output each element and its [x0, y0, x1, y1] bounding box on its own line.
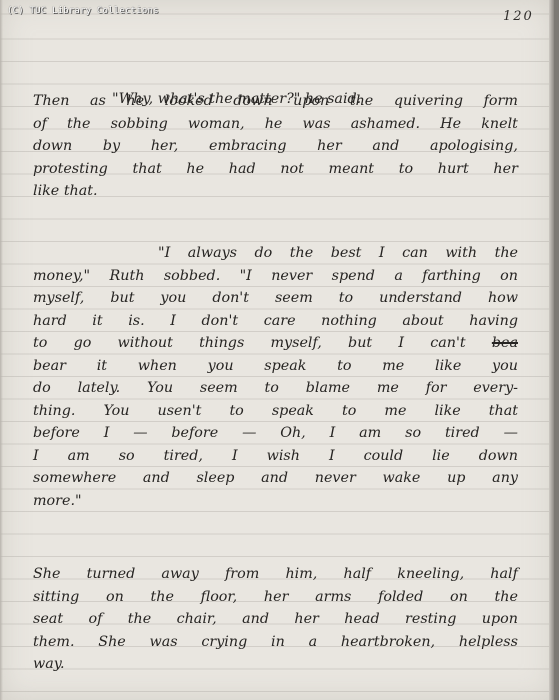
handwritten-word: to [399, 158, 413, 181]
handwritten-word: do [255, 242, 273, 265]
handwritten-word: lie [432, 445, 450, 468]
handwritten-word: never [315, 467, 356, 490]
handwritten-word: sitting [33, 586, 79, 609]
handwritten-word: wish [267, 445, 300, 468]
handwritten-word: her [264, 586, 289, 609]
manuscript-line: downbyher,embracingherandapologising, [33, 135, 518, 158]
handwritten-word: meant [329, 158, 375, 181]
handwritten-word: sobbed. [164, 265, 220, 288]
handwritten-word: farthing [422, 265, 481, 288]
handwritten-word: do [33, 377, 51, 400]
handwritten-word: He [440, 113, 461, 136]
handwritten-word: sleep [196, 467, 234, 490]
handwritten-word: he [126, 90, 144, 113]
handwritten-word: when [138, 355, 177, 378]
handwritten-word: her [317, 135, 342, 158]
manuscript-line: way. [33, 653, 518, 676]
handwritten-word: the [495, 586, 518, 609]
handwritten-word: like [434, 400, 460, 423]
handwritten-word: to [339, 287, 353, 310]
handwritten-word: was [303, 113, 331, 136]
handwritten-word: upon [482, 608, 518, 631]
handwritten-word: speak [272, 400, 314, 423]
handwritten-word: and [261, 467, 288, 490]
handwritten-word: sobbing [111, 113, 168, 136]
handwritten-word: care [264, 310, 296, 333]
handwritten-word: half [344, 563, 372, 586]
handwritten-word: things [199, 332, 244, 355]
handwritten-word: he [265, 113, 283, 136]
handwritten-word: I [170, 310, 176, 333]
handwritten-word: could [364, 445, 404, 468]
manuscript-line: "IalwaysdothebestIcanwiththe [33, 242, 518, 265]
manuscript-line: myself,butyoudon'tseemtounderstandhow [33, 287, 518, 310]
handwritten-word: how [488, 287, 518, 310]
handwritten-word: helpless [459, 631, 518, 654]
handwritten-word: it [92, 310, 102, 333]
handwritten-word: like [435, 355, 461, 378]
handwritten-word: as [90, 90, 106, 113]
handwritten-word: head [344, 608, 379, 631]
page-number: 120 [503, 9, 534, 24]
handwritten-word: and [372, 135, 399, 158]
manuscript-line: seatofthechair,andherheadrestingupon [33, 608, 518, 631]
handwritten-word: it [97, 355, 107, 378]
handwritten-word: kneeling, [397, 563, 464, 586]
handwritten-word: heartbroken, [341, 631, 435, 654]
handwritten-word: up [447, 467, 465, 490]
handwritten-word: he [186, 158, 204, 181]
handwritten-word: nothing [321, 310, 377, 333]
handwritten-word: so [119, 445, 135, 468]
handwritten-word: and [143, 467, 170, 490]
manuscript-line: Iamsotired,IwishIcouldliedown [33, 445, 518, 468]
manuscript-line: bearitwhenyouspeaktomelikeyou [33, 355, 518, 378]
handwritten-word: seem [200, 377, 238, 400]
handwritten-word: arms [315, 586, 351, 609]
handwritten-word: can't [430, 332, 465, 355]
handwritten-word: am [359, 422, 381, 445]
handwritten-word: a [394, 265, 403, 288]
handwritten-word: quivering [394, 90, 463, 113]
paragraph-2: "IalwaysdothebestIcanwiththemoney,"Ruths… [33, 242, 518, 512]
handwritten-word: wake [383, 467, 421, 490]
handwritten-word: to [33, 332, 47, 355]
handwritten-word: upon [293, 90, 329, 113]
handwritten-word: on [450, 586, 468, 609]
manuscript-line: them.Shewascryinginaheartbroken,helpless [33, 631, 518, 654]
handwritten-word: had [229, 158, 256, 181]
handwritten-word: the [67, 113, 90, 136]
handwritten-word: seat [33, 608, 63, 631]
handwritten-word: — [504, 422, 518, 445]
handwritten-word: that [133, 158, 162, 181]
handwritten-word: and [242, 608, 269, 631]
handwritten-word: of [88, 608, 102, 631]
paragraph-1: Thenashelookeddownuponthequiveringformof… [33, 90, 518, 203]
handwritten-word: me [382, 355, 404, 378]
handwritten-word: Oh, [280, 422, 305, 445]
handwritten-word: understand [379, 287, 462, 310]
handwritten-word: without [118, 332, 173, 355]
handwritten-word: you [160, 287, 186, 310]
handwritten-word: bear [33, 355, 66, 378]
handwritten-word: folded [378, 586, 423, 609]
handwritten-word: somewhere [33, 467, 116, 490]
handwritten-word: usen't [158, 400, 202, 423]
manuscript-line: protestingthathehadnotmeanttohurther [33, 158, 518, 181]
handwritten-word: She [98, 631, 125, 654]
manuscript-line: ofthesobbingwoman,hewasashamed.Heknelt [33, 113, 518, 136]
handwritten-word: hard [33, 310, 67, 333]
handwritten-word: thing. [33, 400, 75, 423]
handwritten-word: I [379, 242, 385, 265]
handwritten-word: I [104, 422, 110, 445]
handwritten-word: the [350, 90, 373, 113]
page-right-edge [549, 0, 554, 700]
handwritten-word: to [337, 355, 351, 378]
manuscript-line: togowithoutthingsmyself,butIcan'tbea [33, 332, 518, 355]
handwritten-word: him, [285, 563, 317, 586]
handwritten-word: I [329, 445, 335, 468]
handwritten-word: down [233, 90, 272, 113]
handwritten-word: the [495, 242, 518, 265]
handwritten-word: to [229, 400, 243, 423]
handwritten-word: was [150, 631, 178, 654]
handwritten-word: ashamed. [351, 113, 420, 136]
handwritten-word: her [493, 158, 518, 181]
handwritten-word: chair, [177, 608, 217, 631]
handwritten-word: I [398, 332, 404, 355]
handwritten-word: about [402, 310, 443, 333]
handwritten-word: but [110, 287, 134, 310]
handwritten-word: tired, [164, 445, 203, 468]
manuscript-line: Thenashelookeddownuponthequiveringform [33, 90, 518, 113]
manuscript-line: Sheturnedawayfromhim,halfkneeling,half [33, 563, 518, 586]
manuscript-line: like that. [33, 180, 518, 203]
handwritten-word: I [33, 445, 39, 468]
handwritten-word: I [232, 445, 238, 468]
handwritten-word: turned [87, 563, 136, 586]
handwritten-word: "I [240, 265, 252, 288]
handwritten-word: every- [473, 377, 518, 400]
handwritten-word: you [492, 355, 518, 378]
handwritten-word: her [294, 608, 319, 631]
handwritten-word: floor, [201, 586, 238, 609]
handwritten-word: me [377, 377, 399, 400]
handwritten-word: the [128, 608, 151, 631]
page-left-edge [0, 0, 3, 700]
handwritten-word: with [445, 242, 477, 265]
handwritten-word: to [265, 377, 279, 400]
handwritten-word: apologising, [430, 135, 518, 158]
handwritten-word: You [147, 377, 173, 400]
handwritten-word: in [271, 631, 285, 654]
handwritten-word: protesting [33, 158, 108, 181]
handwritten-word: form [484, 90, 518, 113]
handwritten-word: not [280, 158, 304, 181]
manuscript-page: (C) TUC Library Collections 120 "Why, wh… [0, 0, 554, 700]
handwritten-word: her, [151, 135, 178, 158]
handwritten-word: on [106, 586, 124, 609]
handwritten-word: am [68, 445, 90, 468]
handwritten-word: but [348, 332, 372, 355]
handwritten-word: me [384, 400, 406, 423]
handwritten-word: away [161, 563, 198, 586]
handwritten-word: I [330, 422, 336, 445]
handwritten-word: money," [33, 265, 90, 288]
handwritten-word: before [171, 422, 218, 445]
handwritten-word: spend [332, 265, 375, 288]
handwritten-word: myself, [271, 332, 322, 355]
handwritten-word: the [151, 586, 174, 609]
handwritten-word: — [242, 422, 256, 445]
handwritten-word: down [33, 135, 72, 158]
handwritten-word: best [331, 242, 362, 265]
handwritten-word: you [208, 355, 234, 378]
handwritten-word: speak [264, 355, 306, 378]
handwritten-word: Then [33, 90, 69, 113]
handwritten-word: that [489, 400, 518, 423]
handwritten-word: seem [275, 287, 313, 310]
handwritten-word: the [290, 242, 313, 265]
handwritten-word: don't [201, 310, 238, 333]
manuscript-line: harditis.Idon'tcarenothingabouthaving [33, 310, 518, 333]
handwritten-word: any [492, 467, 518, 490]
handwritten-word: having [469, 310, 518, 333]
handwritten-word: woman, [188, 113, 245, 136]
handwritten-word: "I [158, 242, 170, 265]
paragraph-3: Sheturnedawayfromhim,halfkneeling,halfsi… [33, 563, 518, 676]
handwritten-word: crying [201, 631, 247, 654]
handwritten-word: from [225, 563, 259, 586]
handwritten-word: — [133, 422, 147, 445]
handwritten-word: can [402, 242, 428, 265]
handwritten-word: embracing [209, 135, 286, 158]
handwritten-word: hurt [438, 158, 469, 181]
handwritten-word: half [490, 563, 518, 586]
struck-out-word: bea [492, 332, 518, 355]
handwritten-word: before [33, 422, 80, 445]
handwritten-word: always [188, 242, 237, 265]
handwritten-word: them. [33, 631, 75, 654]
handwritten-word: by [103, 135, 120, 158]
manuscript-line: money,"Ruthsobbed."Ineverspendafarthingo… [33, 265, 518, 288]
manuscript-line: sittingonthefloor,herarmsfoldedonthe [33, 586, 518, 609]
handwritten-word: is. [128, 310, 144, 333]
handwritten-word: tired [445, 422, 480, 445]
manuscript-line: beforeI—before—Oh,Iamsotired— [33, 422, 518, 445]
handwritten-word: You [103, 400, 129, 423]
handwritten-word: knelt [481, 113, 518, 136]
handwritten-word: to [342, 400, 356, 423]
handwritten-word: looked [165, 90, 213, 113]
handwritten-word: resting [405, 608, 456, 631]
handwritten-word: blame [306, 377, 350, 400]
handwritten-word: of [33, 113, 47, 136]
copyright-watermark: (C) TUC Library Collections [7, 6, 159, 16]
handwritten-word: don't [212, 287, 249, 310]
handwritten-word: down [479, 445, 518, 468]
handwritten-word: for [426, 377, 447, 400]
handwritten-word: so [405, 422, 421, 445]
handwritten-word: a [309, 631, 318, 654]
handwritten-word: never [271, 265, 312, 288]
handwritten-word: She [33, 563, 60, 586]
manuscript-line: thing.Youusen'ttospeaktomelikethat [33, 400, 518, 423]
manuscript-line: more." [33, 490, 518, 513]
handwritten-word: myself, [33, 287, 84, 310]
manuscript-line: somewhereandsleepandneverwakeupany [33, 467, 518, 490]
handwritten-word: lately. [78, 377, 121, 400]
handwritten-word: go [74, 332, 92, 355]
handwritten-word: on [500, 265, 518, 288]
manuscript-line: dolately.Youseemtoblamemeforevery- [33, 377, 518, 400]
handwritten-word: Ruth [110, 265, 145, 288]
